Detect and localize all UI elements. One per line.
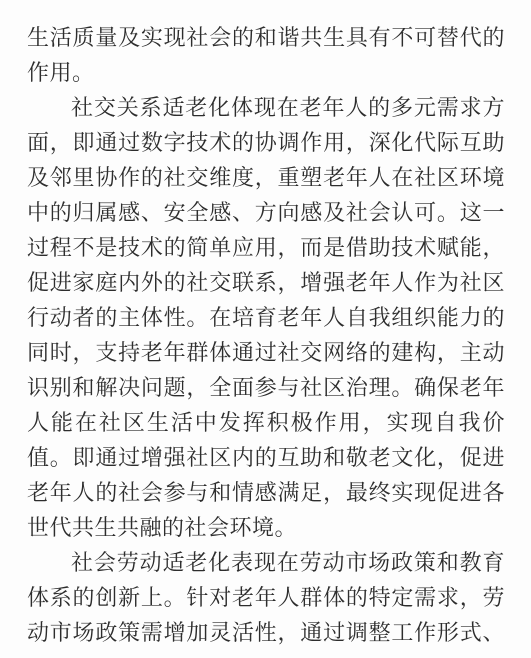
text-line-13: 值。即通过增强社区内的互助和敬老文化，促进: [27, 440, 505, 475]
text-line-6: 中的归属感、安全感、方向感及社会认可。这一: [27, 195, 505, 230]
text-line-11: 识别和解决问题，全面参与社区治理。确保老年: [27, 370, 505, 405]
text-line-16: 社会劳动适老化表现在劳动市场政策和教育: [27, 545, 505, 580]
text-line-1: 生活质量及实现社会的和谐共生具有不可替代的: [27, 20, 505, 55]
text-line-2: 作用。: [27, 55, 505, 90]
text-line-8: 促进家庭内外的社交联系，增强老年人作为社区: [27, 265, 505, 300]
document-page: 生活质量及实现社会的和谐共生具有不可替代的 作用。 社交关系适老化体现在老年人的…: [0, 0, 531, 658]
text-line-9: 行动者的主体性。在培育老年人自我组织能力的: [27, 300, 505, 335]
text-line-5: 及邻里协作的社交维度，重塑老年人在社区环境: [27, 160, 505, 195]
text-line-14: 老年人的社会参与和情感满足，最终实现促进各: [27, 475, 505, 510]
text-line-12: 人能在社区生活中发挥积极作用，实现自我价: [27, 405, 505, 440]
text-line-15: 世代共生共融的社会环境。: [27, 510, 505, 545]
text-line-10: 同时，支持老年群体通过社交网络的建构，主动: [27, 335, 505, 370]
text-line-18: 动市场政策需增加灵活性，通过调整工作形式、: [27, 615, 505, 650]
text-line-17: 体系的创新上。针对老年人群体的特定需求，劳: [27, 580, 505, 615]
text-line-3: 社交关系适老化体现在老年人的多元需求方: [27, 90, 505, 125]
text-line-4: 面，即通过数字技术的协调作用，深化代际互助: [27, 125, 505, 160]
text-line-7: 过程不是技术的简单应用，而是借助技术赋能，: [27, 230, 505, 265]
